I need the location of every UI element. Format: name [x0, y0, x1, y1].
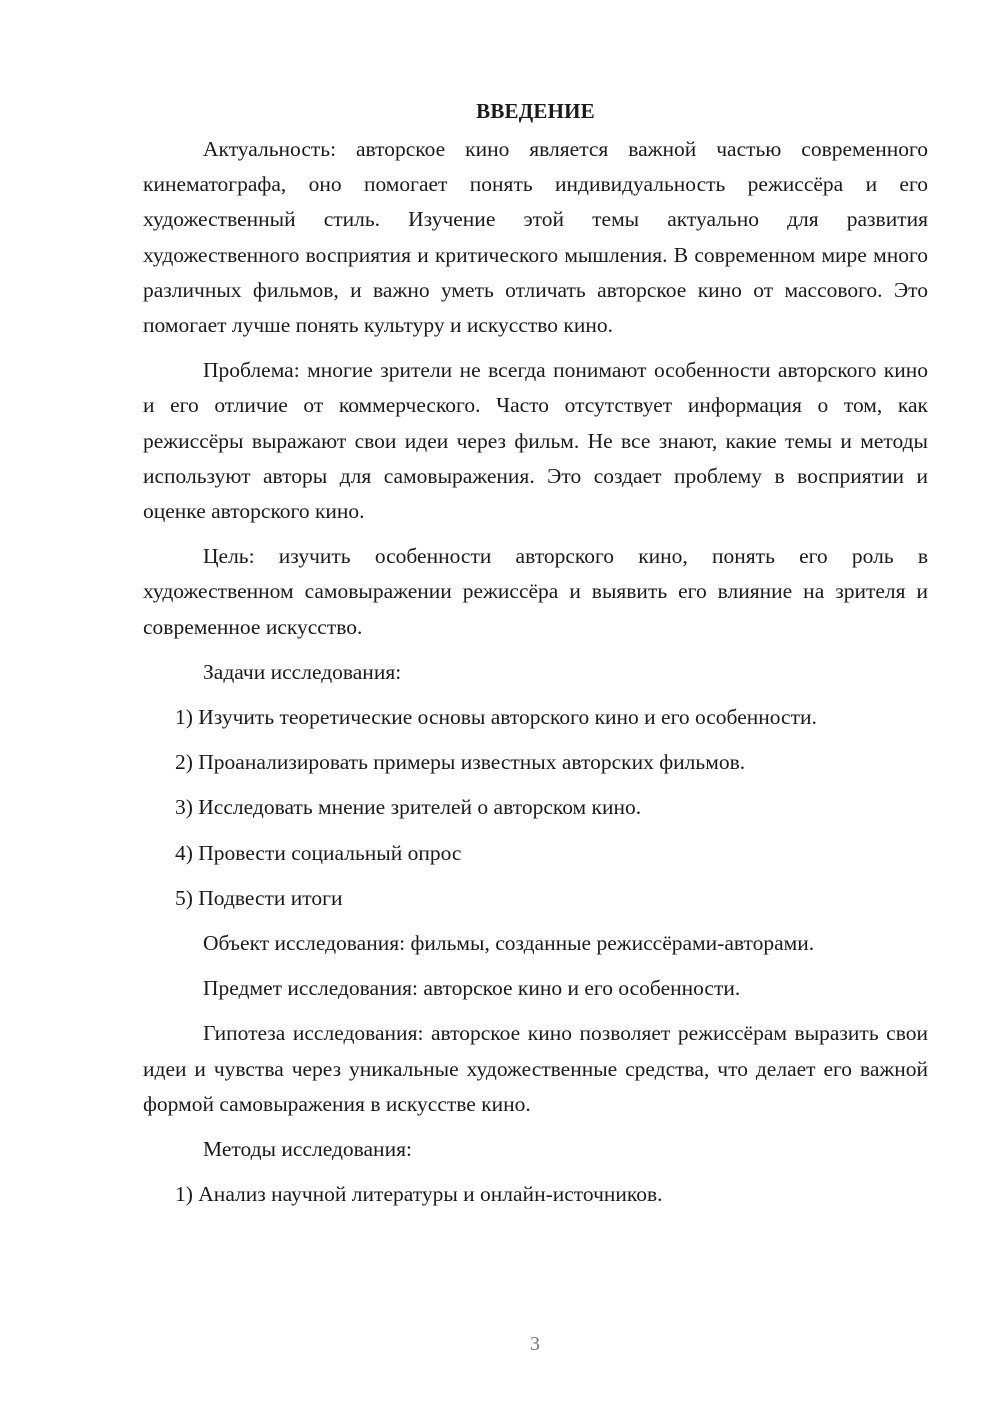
goal-paragraph: Цель: изучить особенности авторского кин…	[143, 539, 928, 645]
page-number: 3	[0, 1333, 1000, 1356]
methods-list: 1) Анализ научной литературы и онлайн-ис…	[143, 1177, 928, 1212]
task-item-2: 2) Проанализировать примеры известных ав…	[143, 745, 928, 780]
object-paragraph: Объект исследования: фильмы, созданные р…	[143, 926, 928, 961]
method-item-1: 1) Анализ научной литературы и онлайн-ис…	[143, 1177, 928, 1212]
document-title: ВВЕДЕНИЕ	[143, 96, 928, 126]
relevance-paragraph: Актуальность: авторское кино является ва…	[143, 132, 928, 343]
task-item-1: 1) Изучить теоретические основы авторско…	[143, 700, 928, 735]
task-item-5: 5) Подвести итоги	[143, 881, 928, 916]
task-item-4: 4) Провести социальный опрос	[143, 836, 928, 871]
problem-paragraph: Проблема: многие зрители не всегда поним…	[143, 353, 928, 529]
tasks-list: 1) Изучить теоретические основы авторско…	[143, 700, 928, 916]
hypothesis-paragraph: Гипотеза исследования: авторское кино по…	[143, 1016, 928, 1122]
tasks-heading: Задачи исследования:	[143, 655, 928, 690]
document-page: ВВЕДЕНИЕ Актуальность: авторское кино яв…	[143, 96, 928, 1222]
task-item-3: 3) Исследовать мнение зрителей о авторск…	[143, 790, 928, 825]
subject-paragraph: Предмет исследования: авторское кино и е…	[143, 971, 928, 1006]
methods-heading: Методы исследования:	[143, 1132, 928, 1167]
